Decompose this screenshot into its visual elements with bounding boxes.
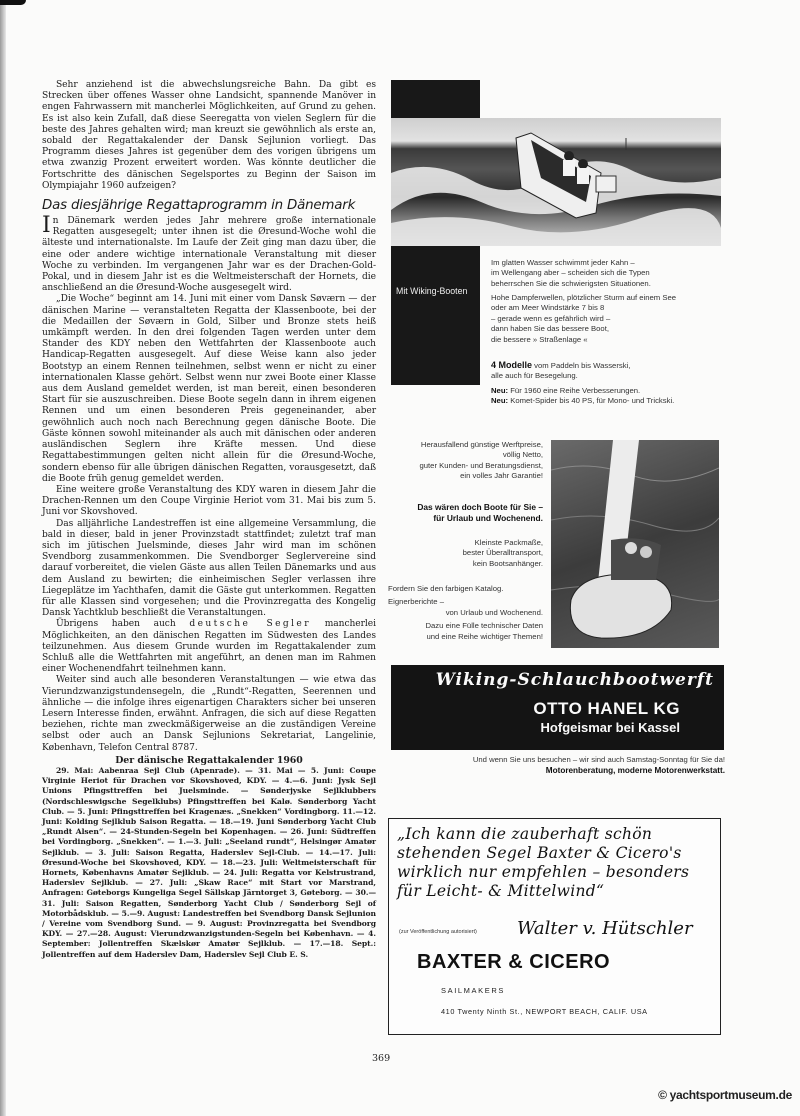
ad-line: die bessere » Straßenlage « <box>491 335 676 345</box>
ad-block-catalog: Fordern Sie den farbigen Katalog. Eigner… <box>388 584 543 642</box>
ad-block-models: 4 Modelle vom Paddeln bis Wasserski, all… <box>491 360 674 407</box>
sailing-dinghy-photo <box>551 440 719 648</box>
text-span: Übrigens haben auch <box>56 619 189 629</box>
ad-block-smooth-water: Im glatten Wasser schwimmt jeder Kahn – … <box>491 258 651 289</box>
ad-line: im Wellengang aber – scheiden sich die T… <box>491 268 651 278</box>
ad-line: Neu: Komet-Spider bis 40 PS, für Mono- u… <box>491 396 674 406</box>
motorboat-illustration-icon <box>391 118 721 246</box>
ad-block-pack: Kleinste Packmaße, bester Überalltranspo… <box>388 538 543 569</box>
ad-line: 4 Modelle vom Paddeln bis Wasserski, <box>491 360 674 371</box>
ad-line: Und wenn Sie uns besuchen – wir sind auc… <box>395 754 725 765</box>
ad-line: und eine Reihe wichtiger Themen! <box>388 632 543 642</box>
new-label: Neu: <box>491 396 508 405</box>
wiking-logo-script: Wiking-Schlauchbootwerft <box>436 670 714 690</box>
sailboat-illustration-icon <box>551 440 719 648</box>
article-column: Sehr anziehend ist die abwechslungsreich… <box>42 80 376 960</box>
baxter-cicero-ad: „Ich kann die zauberhaft schön stehenden… <box>388 818 721 1035</box>
ad-line: alle auch für Besegelung. <box>491 371 674 381</box>
ad-line: völlig Netto, <box>388 450 543 460</box>
baxter-company-name: BAXTER & CICERO <box>417 951 610 974</box>
wiking-panel-label: Mit Wiking-Booten <box>396 286 467 296</box>
page-number: 369 <box>372 1053 390 1064</box>
wiking-visit-info: Und wenn Sie uns besuchen – wir sind auc… <box>395 754 725 776</box>
ad-line: dann haben Sie das bessere Boot, <box>491 324 676 334</box>
ad-line: Neu: Für 1960 eine Reihe Verbesserungen. <box>491 386 674 396</box>
new-label: Neu: <box>491 386 508 395</box>
ad-line: Das wären doch Boote für Sie – <box>388 502 543 513</box>
ad-line: Herausfallend günstige Werftpreise, <box>388 440 543 450</box>
calendar-title: Der dänische Regattakalender 1960 <box>42 755 376 766</box>
company-name: OTTO HANEL KG <box>533 699 680 719</box>
page-corner-mark <box>0 0 26 5</box>
ad-line: von Urlaub und Wochenend. <box>388 608 543 618</box>
ad-line: kein Bootsanhänger. <box>388 559 543 569</box>
ad-block-waves: Hohe Dampferwellen, plötzlicher Sturm au… <box>491 293 676 345</box>
article-paragraph: Eine weitere große Veranstaltung des KDY… <box>42 485 376 519</box>
article-paragraph: Das alljährliche Landestreffen ist eine … <box>42 519 376 620</box>
ad-line: – gerade wenn es gefährlich wird – <box>491 314 676 324</box>
page-edge-shadow <box>0 0 6 1116</box>
ad-line: Kleinste Packmaße, <box>388 538 543 548</box>
ad-line: Dazu eine Fülle technischer Daten <box>388 621 543 631</box>
authorized-note: (zur Veröffentlichung autorisiert) <box>399 929 477 935</box>
ad-line: beherrschen Sie die schwierigsten Situat… <box>491 279 651 289</box>
watermark: © yachtsportmuseum.de <box>658 1088 792 1102</box>
company-city: Hofgeismar bei Kassel <box>541 720 680 735</box>
emphasis-spaced: deutsche Segler <box>189 619 311 629</box>
ad-line: ein volles Jahr Garantie! <box>388 471 543 481</box>
ad-text: vom Paddeln bis Wasserski, <box>532 361 630 370</box>
ad-text: Komet-Spider bis 40 PS, für Mono- und Tr… <box>508 396 674 405</box>
article-paragraph-deutsche: Übrigens haben auch deutsche Segler manc… <box>42 619 376 675</box>
article-paragraph: In Dänemark werden jedes Jahr mehrere gr… <box>42 216 376 294</box>
intro-paragraph: Sehr anziehend ist die abwechslungsreich… <box>42 80 376 192</box>
models-bold: 4 Modelle <box>491 360 532 370</box>
signature: Walter v. Hütschler <box>517 918 693 939</box>
ad-line: guter Kunden- und Beratungsdienst, <box>388 461 543 471</box>
section-title: Das diesjährige Regattaprogramm in Dänem… <box>42 197 376 214</box>
ad-block-prices: Herausfallend günstige Werftpreise, völl… <box>388 440 543 482</box>
ad-text: Für 1960 eine Reihe Verbesserungen. <box>508 386 640 395</box>
ad-line: für Urlaub und Wochenend. <box>388 513 543 524</box>
baxter-tagline: SAILMAKERS <box>441 986 505 995</box>
calendar-text: 29. Mai: Aabenraa Sejl Club (Apenrade). … <box>42 766 376 960</box>
wiking-banner: Wiking-Schlauchbootwerft OTTO HANEL KG H… <box>391 665 724 750</box>
ad-headline: Das wären doch Boote für Sie – für Urlau… <box>388 502 543 524</box>
baxter-address: 410 Twenty Ninth St., NEWPORT BEACH, CAL… <box>441 1007 648 1016</box>
ad-line: oder am Meer Windstärke 7 bis 8 <box>491 303 676 313</box>
ad-line: Hohe Dampferwellen, plötzlicher Sturm au… <box>491 293 676 303</box>
handwritten-quote: „Ich kann die zauberhaft schön stehenden… <box>397 825 715 901</box>
article-paragraph: „Die Woche“ beginnt am 14. Juni mit eine… <box>42 294 376 484</box>
ad-line: Motorenberatung, moderne Motorenwerkstat… <box>395 765 725 776</box>
motorboat-photo <box>391 118 721 246</box>
ad-line: Eignerberichte – <box>388 597 543 607</box>
ad-line: bester Überalltransport, <box>388 548 543 558</box>
ad-line: Im glatten Wasser schwimmt jeder Kahn – <box>491 258 651 268</box>
article-paragraph: Weiter sind auch alle besonderen Veranst… <box>42 675 376 753</box>
ad-line: Fordern Sie den farbigen Katalog. <box>388 584 543 594</box>
